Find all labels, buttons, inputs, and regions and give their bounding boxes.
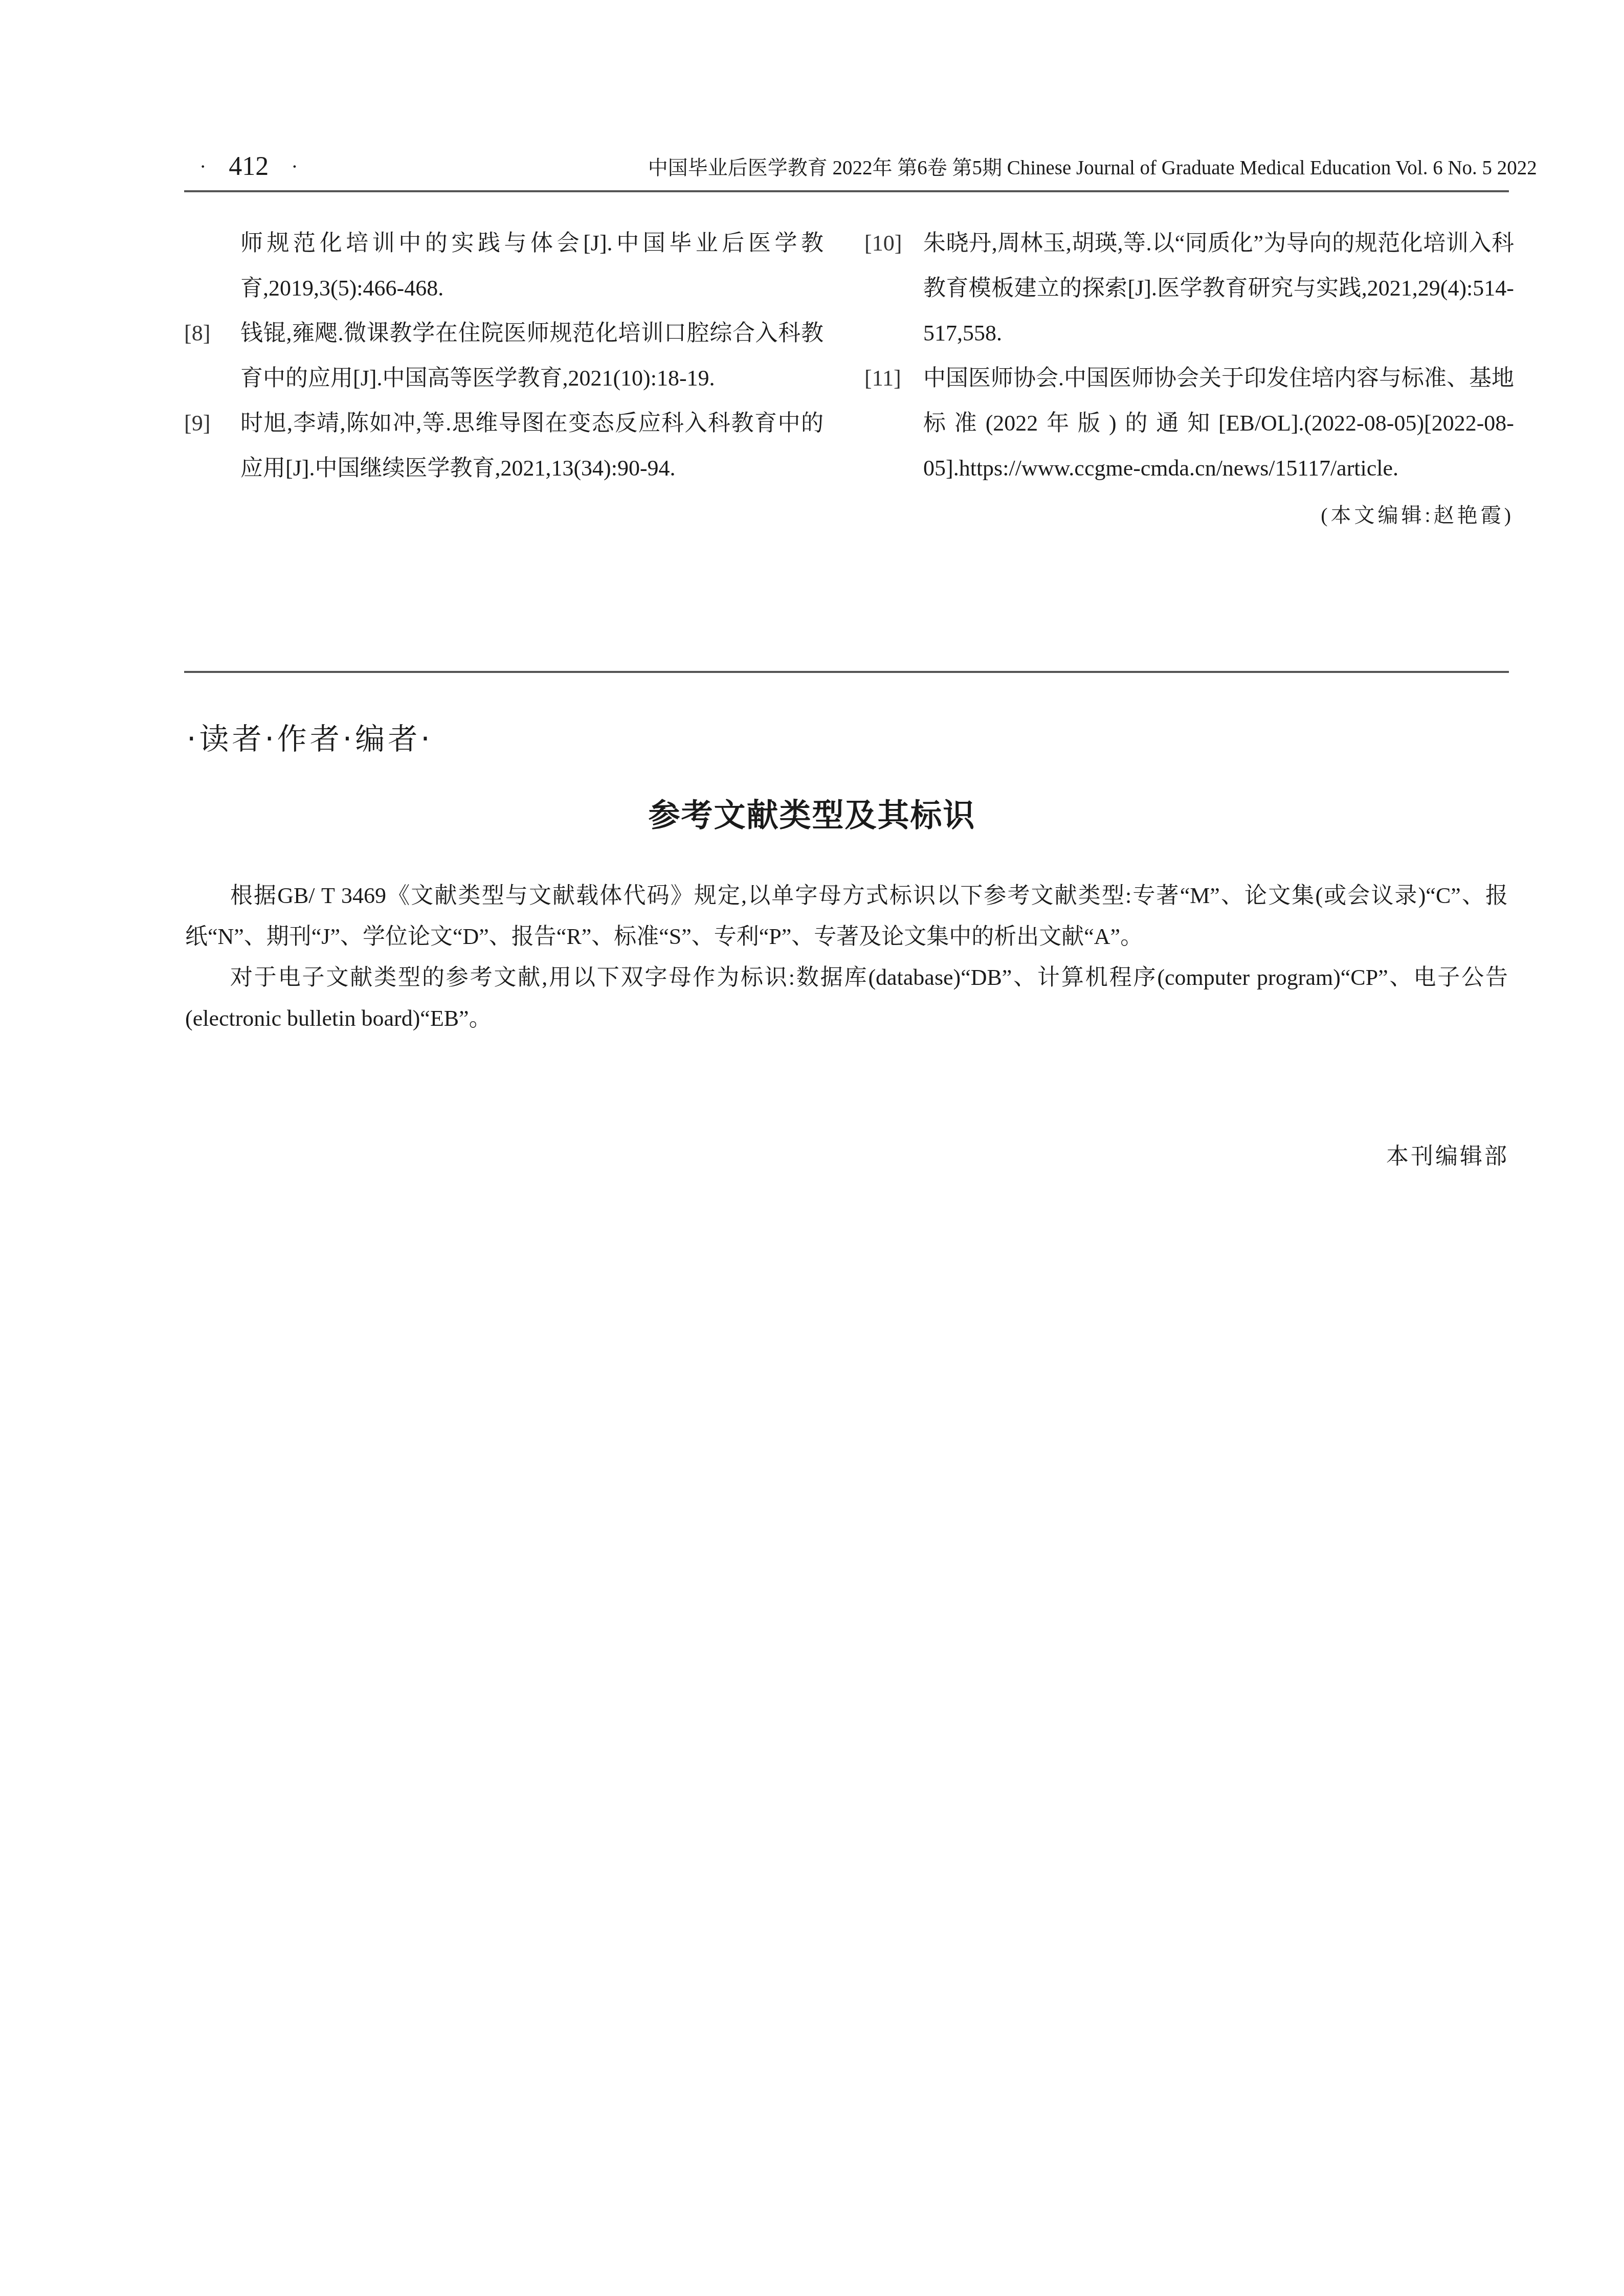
page-header: · 412 · 中国毕业后医学教育 2022年 第6卷 第5期 Chinese … [189, 146, 1499, 187]
reference-item: [9] 时旭,李靖,陈如冲,等.思维导图在变态反应科入科教育中的应用[J].中国… [184, 401, 824, 491]
reference-number: [9] [184, 401, 240, 491]
section-divider [184, 671, 1509, 673]
signature: 本刊编辑部 [1386, 1138, 1509, 1170]
header-rule [184, 190, 1509, 192]
reference-number: [11] [864, 356, 923, 491]
reference-number: [8] [184, 311, 240, 401]
reference-item: [10] 朱晓丹,周林玉,胡瑛,等.以“同质化”为导向的规范化培训入科教育模板建… [864, 221, 1514, 356]
reference-item: 师规范化培训中的实践与体会[J].中国毕业后医学教育,2019,3(5):466… [184, 221, 824, 311]
page-number: 412 [229, 151, 269, 182]
reference-text: 朱晓丹,周林玉,胡瑛,等.以“同质化”为导向的规范化培训入科教育模板建立的探索[… [923, 221, 1514, 356]
references-right-column: [10] 朱晓丹,周林玉,胡瑛,等.以“同质化”为导向的规范化培训入科教育模板建… [864, 221, 1514, 538]
reference-number: [10] [864, 221, 923, 356]
bullet-left: · [199, 154, 206, 178]
bullet-right: · [291, 154, 298, 178]
page-number-block: · 412 · [189, 151, 321, 182]
editor-note: (本文编辑:赵艳霞) [864, 493, 1514, 538]
article-body: 根据GB/ T 3469《文献类型与文献载体代码》规定,以单字母方式标识以下参考… [185, 875, 1508, 1039]
paragraph: 对于电子文献类型的参考文献,用以下双字母作为标识:数据库(database)“D… [185, 957, 1508, 1039]
running-head: 中国毕业后医学教育 2022年 第6卷 第5期 Chinese Journal … [648, 152, 1537, 181]
reference-item: [11] 中国医师协会.中国医师协会关于印发住培内容与标准、基地标准(2022年… [864, 356, 1514, 491]
column-label: ·读者·作者·编者· [187, 715, 433, 758]
reference-text: 时旭,李靖,陈如冲,等.思维导图在变态反应科入科教育中的应用[J].中国继续医学… [240, 401, 824, 491]
paragraph: 根据GB/ T 3469《文献类型与文献载体代码》规定,以单字母方式标识以下参考… [185, 875, 1508, 957]
reference-text: 师规范化培训中的实践与体会[J].中国毕业后医学教育,2019,3(5):466… [240, 221, 824, 311]
references-left-column: 师规范化培训中的实践与体会[J].中国毕业后医学教育,2019,3(5):466… [184, 221, 824, 491]
reference-item: [8] 钱锟,雍飔.微课教学在住院医师规范化培训口腔综合入科教育中的应用[J].… [184, 311, 824, 401]
reference-text: 钱锟,雍飔.微课教学在住院医师规范化培训口腔综合入科教育中的应用[J].中国高等… [240, 311, 824, 401]
article-title: 参考文献类型及其标识 [0, 790, 1624, 836]
reference-text: 中国医师协会.中国医师协会关于印发住培内容与标准、基地标准(2022年版)的通知… [923, 356, 1514, 491]
